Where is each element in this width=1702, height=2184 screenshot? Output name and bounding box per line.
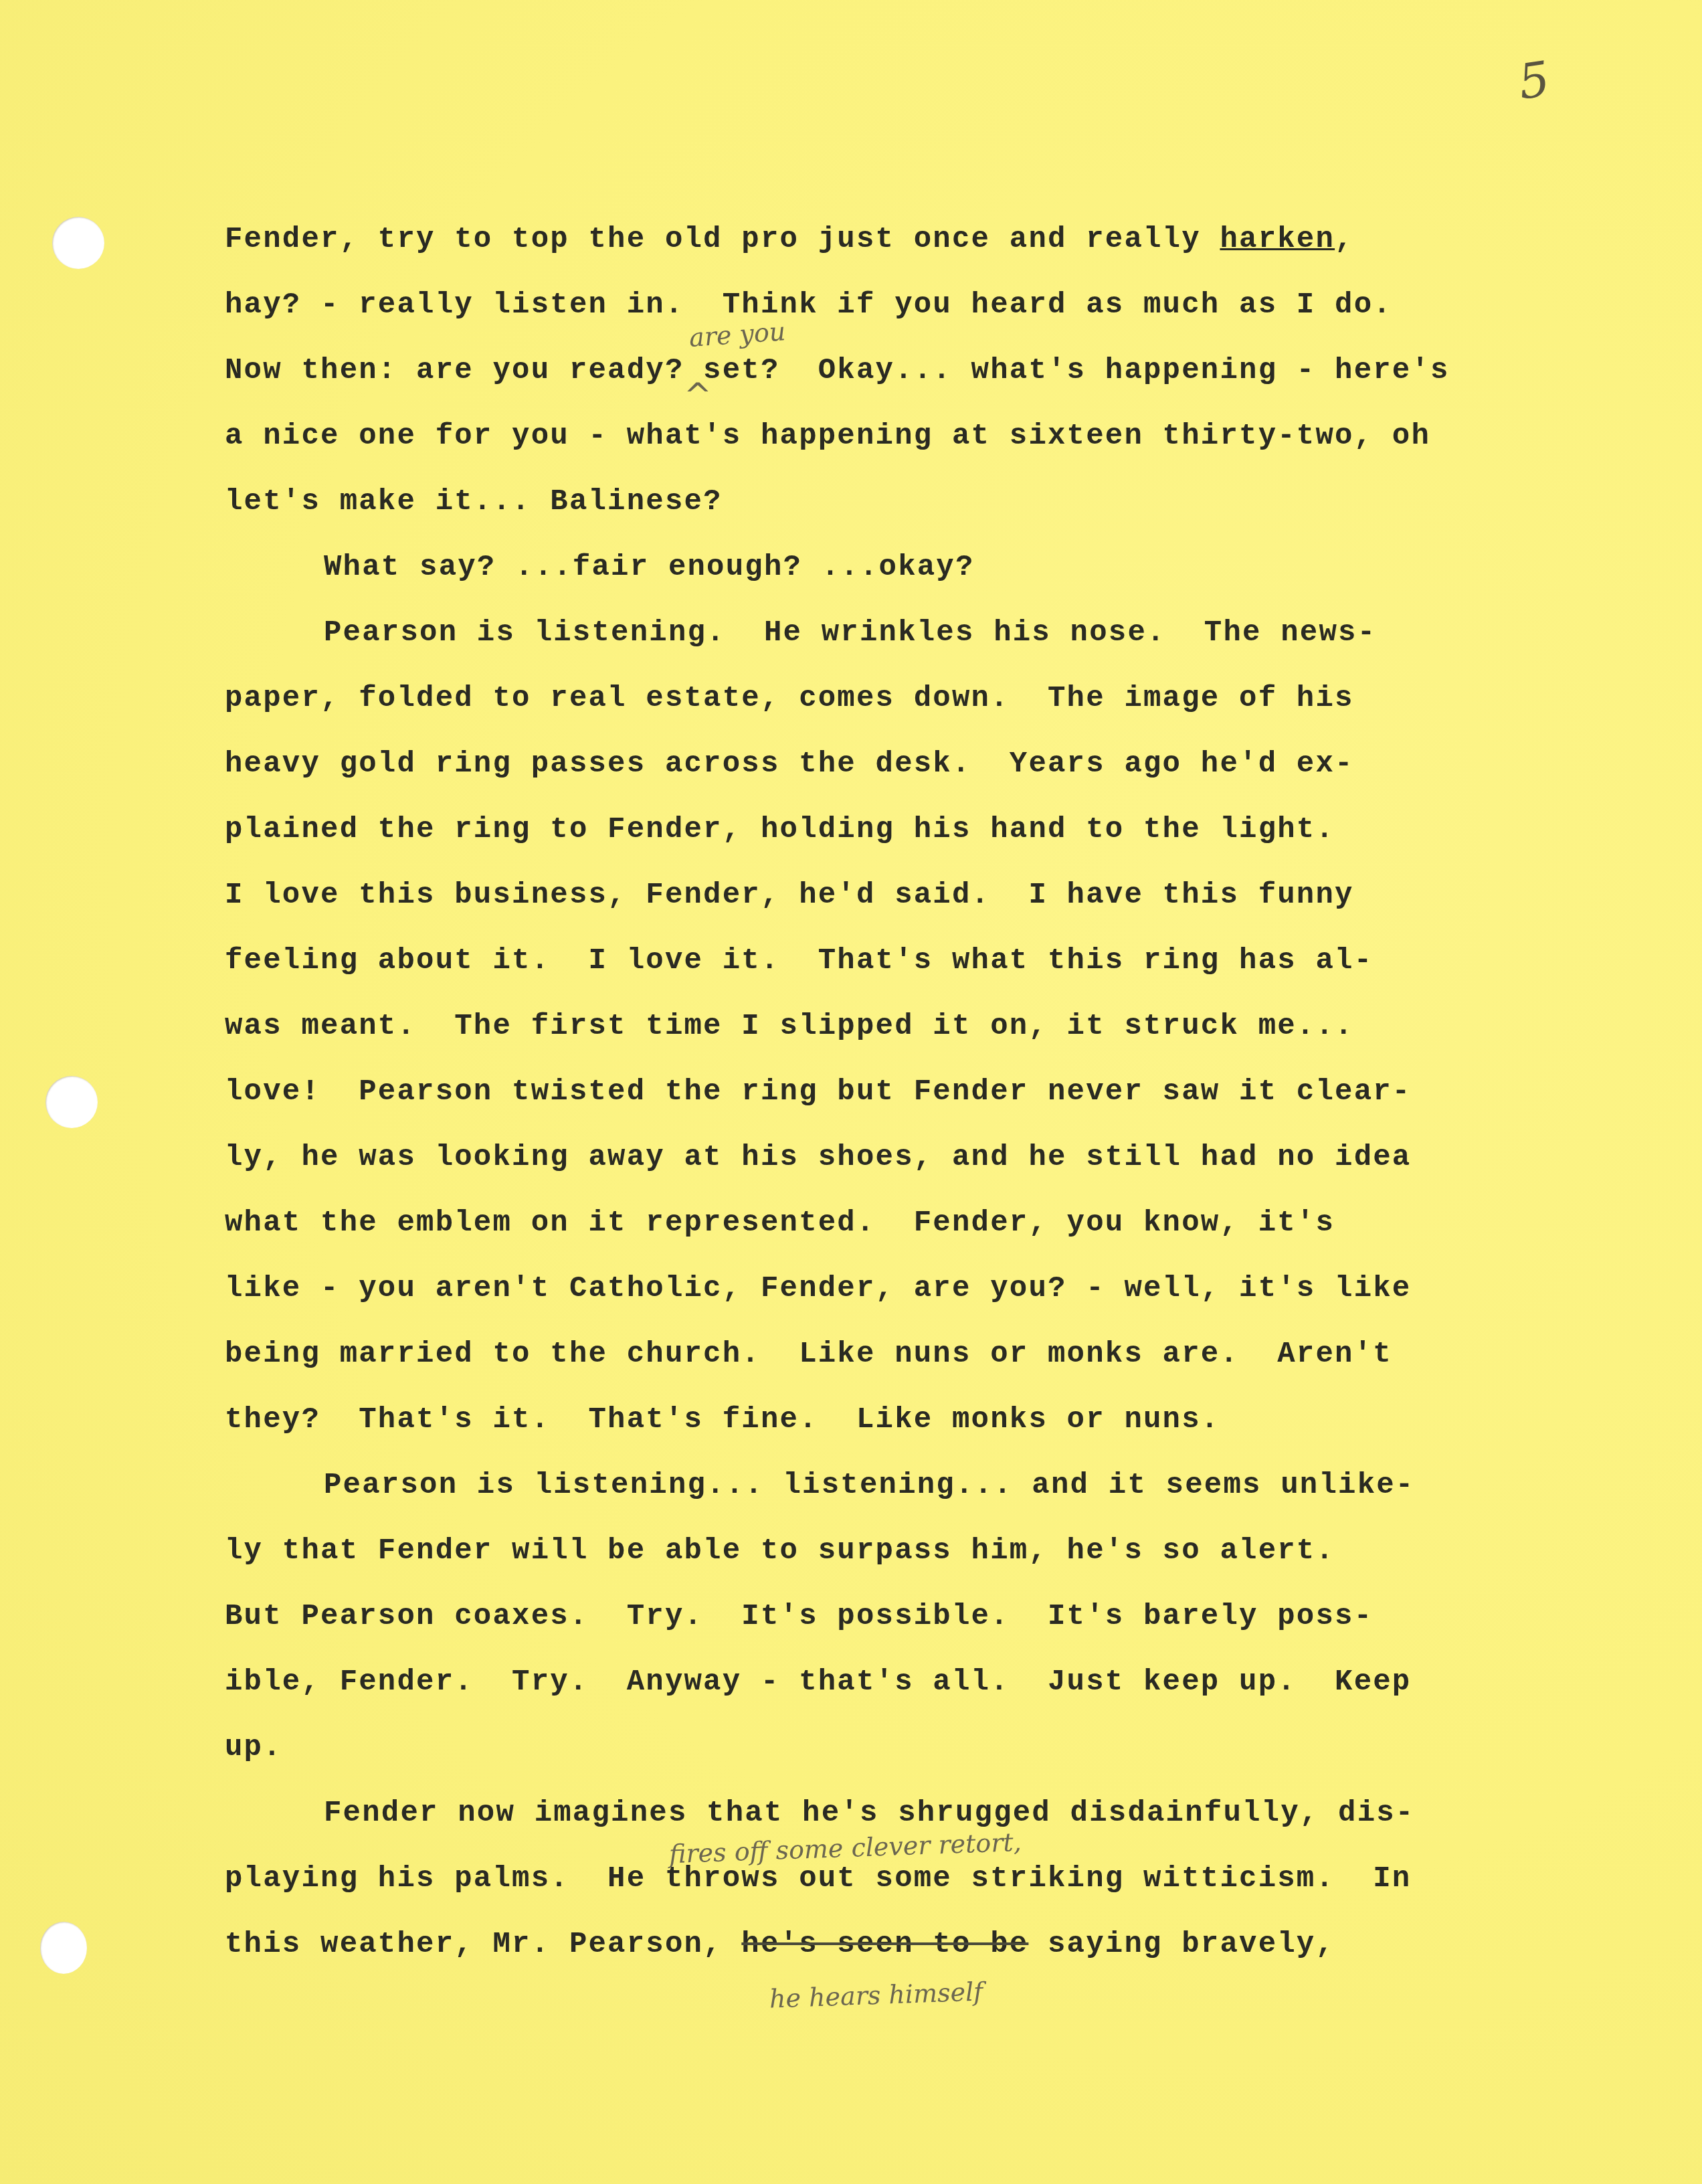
- typed-line: this weather, Mr. Pearson, he's seen to …: [225, 1930, 1335, 1959]
- typed-line: ible, Fender. Try. Anyway - that's all. …: [225, 1667, 1411, 1697]
- typed-line: let's make it... Balinese?: [225, 487, 723, 517]
- typed-line: love! Pearson twisted the ring but Fende…: [225, 1077, 1411, 1107]
- typed-line: Fender now imagines that he's shrugged d…: [324, 1799, 1414, 1828]
- typed-line: ly, he was looking away at his shoes, an…: [225, 1143, 1411, 1172]
- typed-line: ly that Fender will be able to surpass h…: [225, 1536, 1335, 1566]
- typed-line: they? That's it. That's fine. Like monks…: [225, 1405, 1220, 1435]
- struck-text: he's seen to be: [741, 1928, 1028, 1961]
- typed-line: up.: [225, 1733, 282, 1762]
- typed-line: a nice one for you - what's happening at…: [225, 422, 1430, 451]
- typed-line: what the emblem on it represented. Fende…: [225, 1208, 1335, 1238]
- page-number: 5: [1515, 50, 1553, 110]
- typed-line: was meant. The first time I slipped it o…: [225, 1012, 1354, 1041]
- typed-line: Now then: are you ready? set? Okay... wh…: [225, 356, 1450, 385]
- typed-line: paper, folded to real estate, comes down…: [225, 684, 1354, 713]
- typed-line: Fender, try to top the old pro just once…: [225, 225, 1354, 254]
- underlined-word: harken: [1220, 223, 1335, 256]
- handwritten-insertion: he hears himself: [769, 1977, 983, 2013]
- typed-line: playing his palms. He throws out some st…: [225, 1864, 1411, 1894]
- typed-line: I love this business, Fender, he'd said.…: [225, 881, 1354, 910]
- typed-line: Pearson is listening... listening... and…: [324, 1471, 1414, 1500]
- binder-hole: [52, 217, 104, 269]
- typed-line: Pearson is listening. He wrinkles his no…: [324, 618, 1376, 648]
- binder-hole: [40, 1922, 87, 1974]
- manuscript-page: 5 Fender, try to top the old pro just on…: [0, 0, 1702, 2184]
- typed-line: like - you aren't Catholic, Fender, are …: [225, 1274, 1411, 1303]
- typed-line: hay? - really listen in. Think if you he…: [225, 290, 1392, 320]
- typed-line: plained the ring to Fender, holding his …: [225, 815, 1335, 844]
- binder-hole: [45, 1076, 98, 1128]
- typed-line: being married to the church. Like nuns o…: [225, 1340, 1392, 1369]
- typed-line: But Pearson coaxes. Try. It's possible. …: [225, 1602, 1373, 1631]
- insertion-caret-icon: ^: [684, 376, 712, 415]
- typed-line: feeling about it. I love it. That's what…: [225, 946, 1373, 976]
- typed-line: heavy gold ring passes across the desk. …: [225, 749, 1354, 779]
- typed-line: What say? ...fair enough? ...okay?: [324, 553, 975, 582]
